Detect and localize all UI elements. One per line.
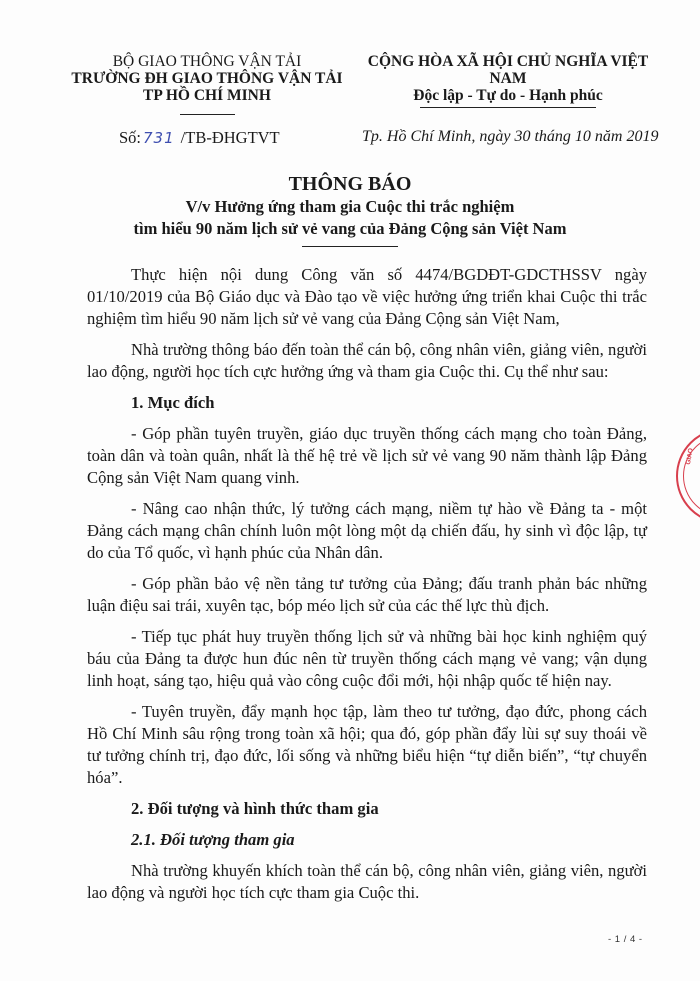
purpose-item: - Tiếp tục phát huy truyền thống lịch sử… [87, 626, 647, 692]
section-1-heading: 1. Mục đích [87, 392, 647, 414]
subject-line-1: V/v Hưởng ứng tham gia Cuộc thi trắc ngh… [60, 196, 640, 218]
title-block: THÔNG BÁO V/v Hưởng ứng tham gia Cuộc th… [60, 172, 640, 247]
document-date: Tp. Hồ Chí Minh, ngày 30 tháng 10 năm 20… [362, 128, 658, 146]
school-name: TRƯỜNG ĐH GIAO THÔNG VẬN TẢI [62, 70, 352, 87]
doc-number-suffix: /TB-ĐHGTVT [181, 128, 280, 147]
ministry-name: BỘ GIAO THÔNG VẬN TẢI [62, 53, 352, 70]
document-title: THÔNG BÁO [60, 172, 640, 196]
national-motto: Độc lập - Tự do - Hạnh phúc [356, 87, 660, 104]
purpose-item: - Góp phần tuyên truyền, giáo dục truyền… [87, 423, 647, 489]
page-number: - 1 / 4 - [608, 934, 643, 945]
section-2-1-subheading: 2.1. Đối tượng tham gia [87, 829, 647, 851]
purpose-item: - Nâng cao nhận thức, lý tưởng cách mạng… [87, 498, 647, 564]
title-divider [302, 246, 398, 247]
school-city: TP HỒ CHÍ MINH [62, 87, 352, 104]
intro-paragraph-2: Nhà trường thông báo đến toàn thể cán bộ… [87, 339, 647, 383]
subject-line-2: tìm hiểu 90 năm lịch sử vẻ vang của Đảng… [60, 218, 640, 240]
official-seal-stamp: GIAO [676, 428, 700, 524]
doc-number-handwritten: 731 [141, 129, 181, 147]
issuing-authority-header: BỘ GIAO THÔNG VẬN TẢI TRƯỜNG ĐH GIAO THÔ… [62, 53, 352, 115]
nation-name: CỘNG HÒA XÃ HỘI CHỦ NGHĨA VIỆT NAM [356, 53, 660, 87]
purpose-item: - Tuyên truyền, đẩy mạnh học tập, làm th… [87, 701, 647, 789]
national-header: CỘNG HÒA XÃ HỘI CHỦ NGHĨA VIỆT NAM Độc l… [356, 53, 660, 108]
document-number: Số:731/TB-ĐHGTVT [119, 128, 280, 148]
section-2-heading: 2. Đối tượng và hình thức tham gia [87, 798, 647, 820]
purpose-item: - Góp phần bảo vệ nền tảng tư tưởng của … [87, 573, 647, 617]
stamp-text: GIAO [685, 448, 695, 466]
participants-paragraph: Nhà trường khuyến khích toàn thể cán bộ,… [87, 860, 647, 904]
header-right-divider [420, 107, 596, 108]
header-left-divider [180, 114, 235, 115]
document-page: BỘ GIAO THÔNG VẬN TẢI TRƯỜNG ĐH GIAO THÔ… [0, 0, 700, 981]
doc-number-prefix: Số: [119, 128, 141, 147]
intro-paragraph-1: Thực hiện nội dung Công văn số 4474/BGDĐ… [87, 264, 647, 330]
document-body: Thực hiện nội dung Công văn số 4474/BGDĐ… [87, 264, 647, 913]
